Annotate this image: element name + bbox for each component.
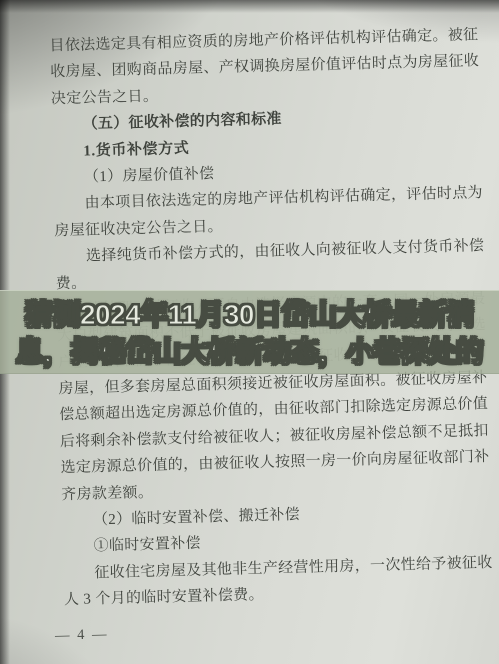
headline-text: 猜测2024年11月30日岱山大桥最新消 息，揭秘岱山大桥新动态，小巷深处的 — [0, 296, 499, 370]
document-photo: 目依法选定具有相应资质的房地产价格评估机构评估确定。被征收房屋、团购商品房屋、产… — [0, 0, 499, 664]
headline-line-1: 猜测2024年11月30日岱山大桥最新消 — [0, 296, 499, 333]
headline-line-2: 息，揭秘岱山大桥新动态，小巷深处的 — [0, 333, 499, 370]
page-number: — 4 — — [55, 626, 109, 644]
